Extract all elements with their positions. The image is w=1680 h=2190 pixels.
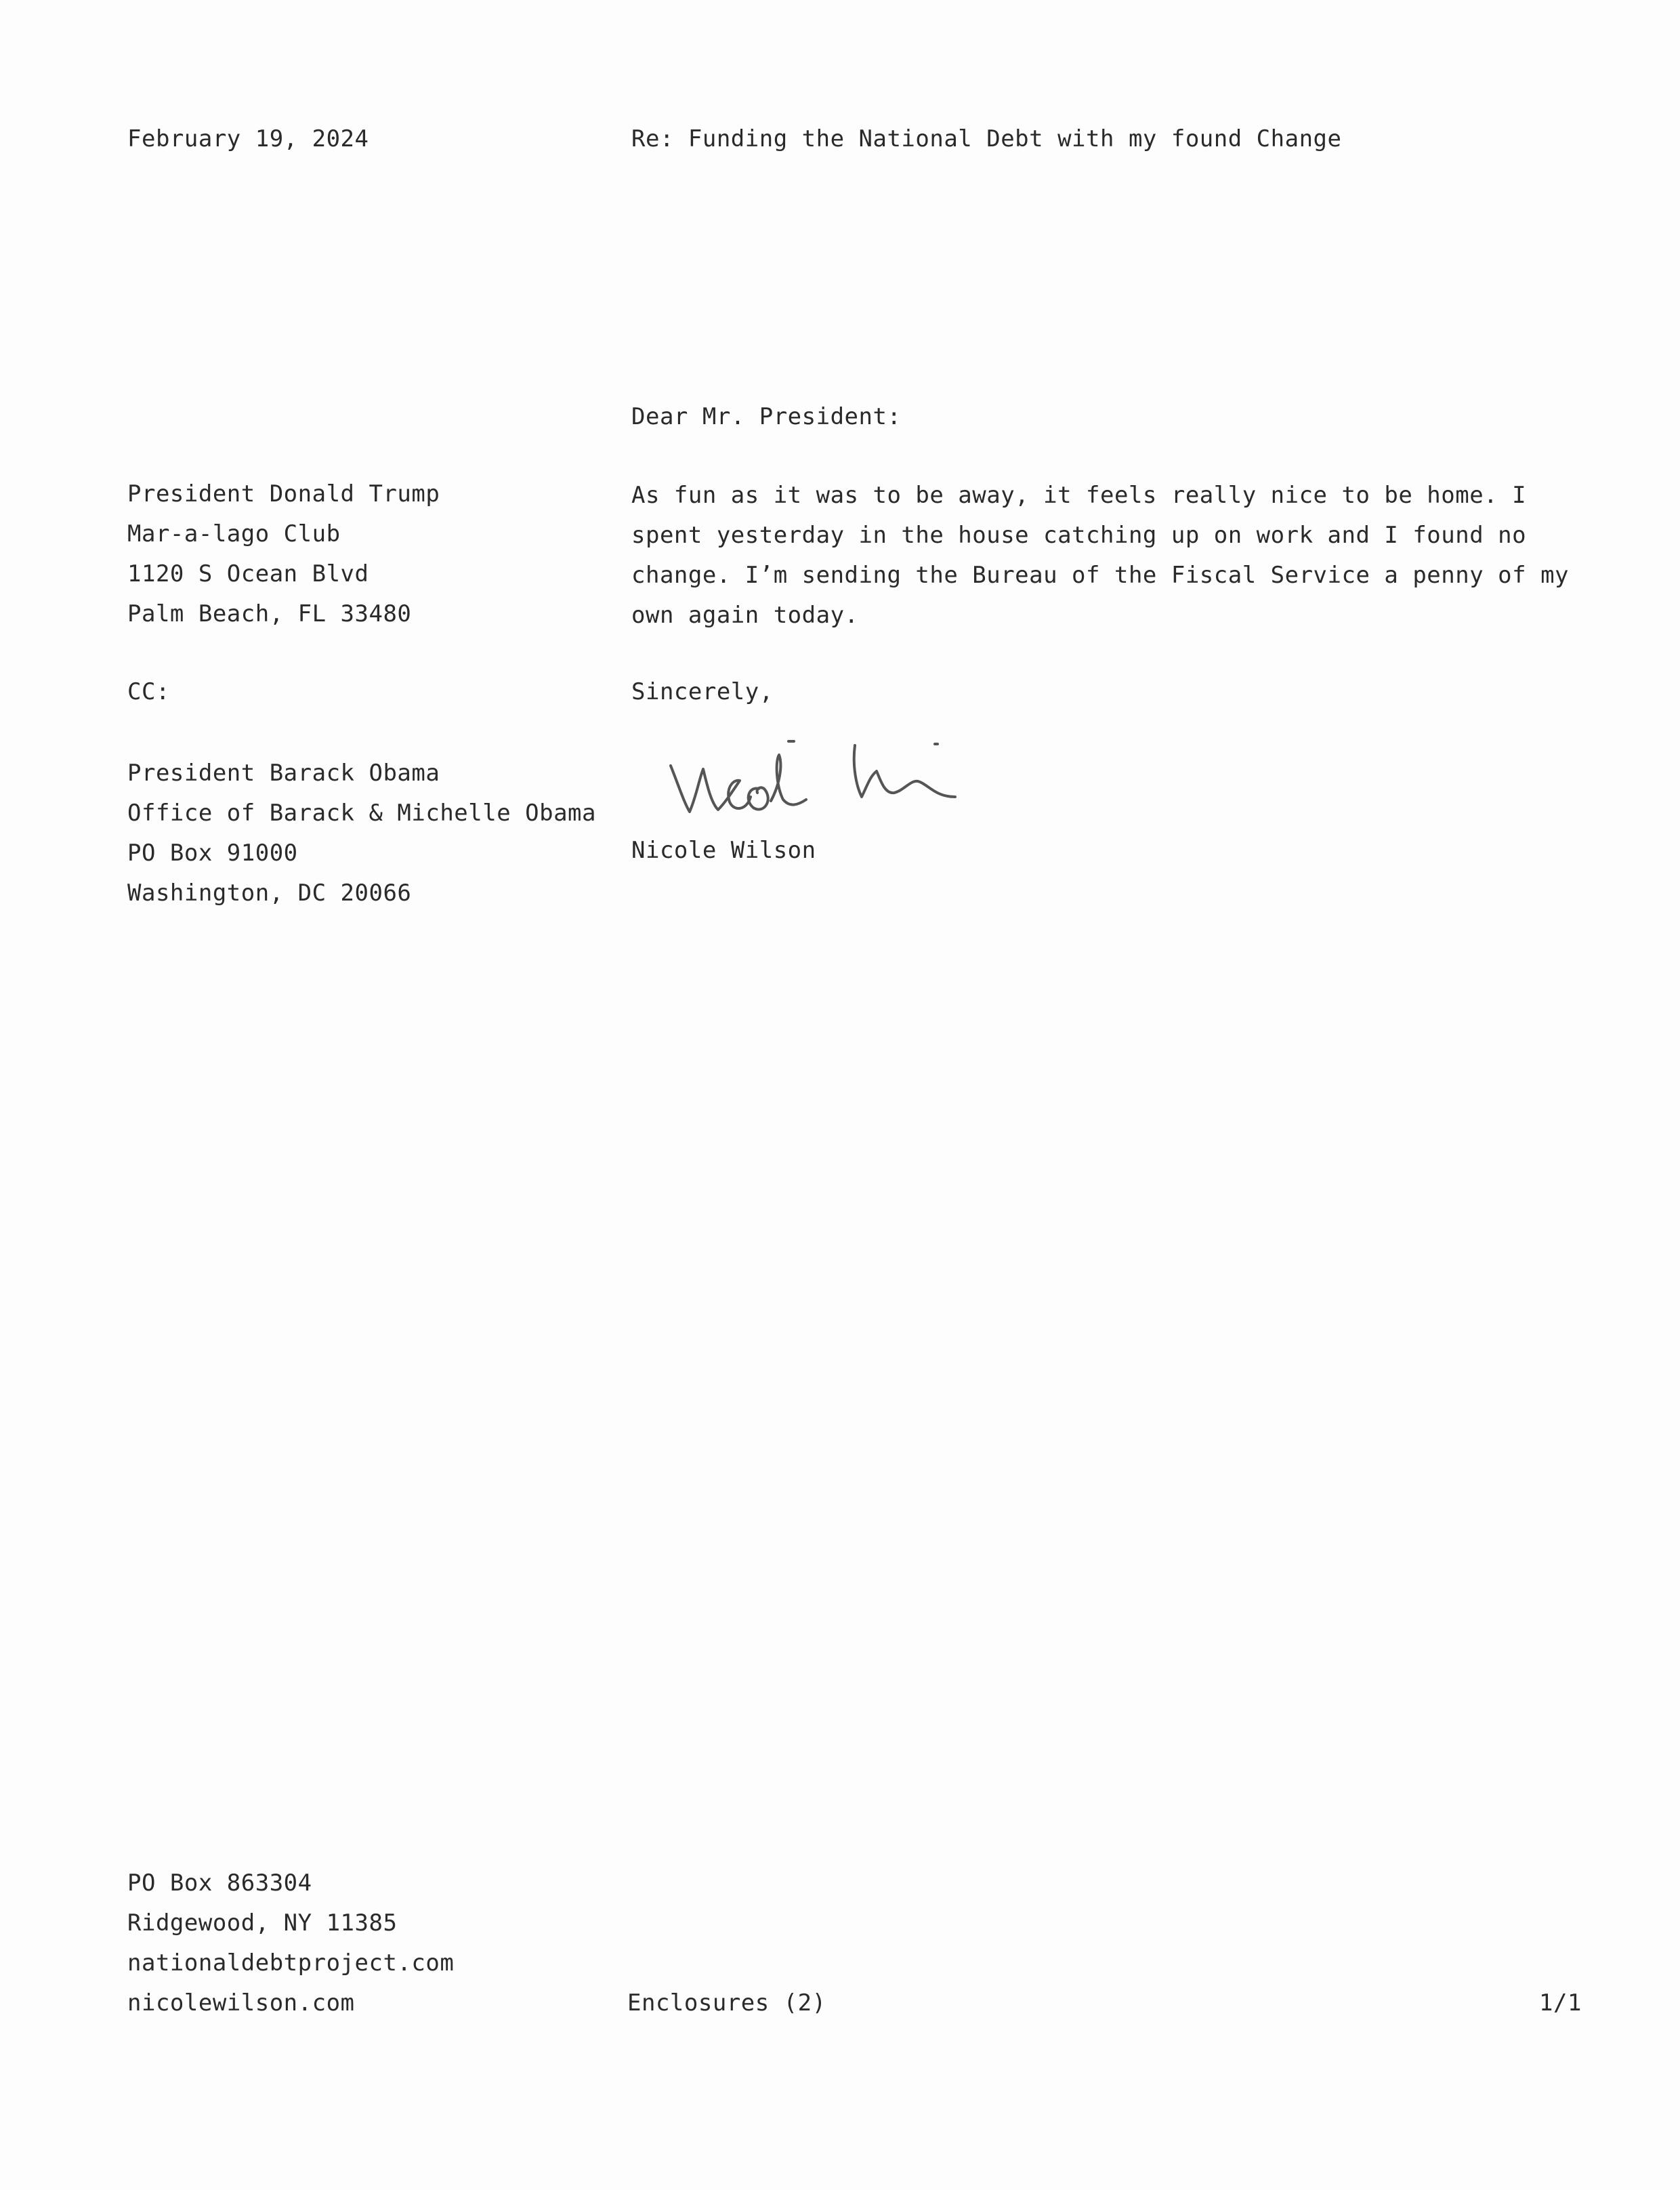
- sender-website-project: nationaldebtproject.com: [127, 1943, 454, 1983]
- cc-label: CC:: [127, 672, 170, 712]
- body-line: own again today.: [631, 596, 1569, 636]
- salutation: Dear Mr. President:: [631, 397, 901, 437]
- body-line: spent yesterday in the house catching up…: [631, 516, 1569, 556]
- letter-subject: Re: Funding the National Debt with my fo…: [631, 119, 1342, 159]
- letter-date: February 19, 2024: [127, 119, 369, 159]
- cc-line: President Barack Obama: [127, 753, 596, 793]
- sender-po-box: PO Box 863304: [127, 1863, 454, 1903]
- sender-website-personal: nicolewilson.com: [127, 1983, 454, 2023]
- recipient-address: President Donald Trump Mar-a-lago Club 1…: [127, 474, 440, 634]
- closing: Sincerely,: [631, 672, 774, 712]
- recipient-line: 1120 S Ocean Blvd: [127, 554, 440, 594]
- recipient-line: Palm Beach, FL 33480: [127, 594, 440, 634]
- recipient-line: President Donald Trump: [127, 474, 440, 514]
- signature-icon: [664, 732, 1030, 833]
- recipient-line: Mar-a-lago Club: [127, 514, 440, 554]
- sender-info: PO Box 863304 Ridgewood, NY 11385 nation…: [127, 1863, 454, 2023]
- page-number: 1/1: [1539, 1983, 1582, 2023]
- cc-recipient-address: President Barack Obama Office of Barack …: [127, 753, 596, 913]
- cc-line: Office of Barack & Michelle Obama: [127, 793, 596, 833]
- body-line: change. I’m sending the Bureau of the Fi…: [631, 556, 1569, 596]
- cc-line: PO Box 91000: [127, 833, 596, 873]
- body-line: As fun as it was to be away, it feels re…: [631, 476, 1569, 516]
- letter-body: As fun as it was to be away, it feels re…: [631, 476, 1569, 636]
- cc-line: Washington, DC 20066: [127, 873, 596, 913]
- sender-city: Ridgewood, NY 11385: [127, 1903, 454, 1943]
- enclosures-note: Enclosures (2): [627, 1983, 826, 2023]
- signer-name: Nicole Wilson: [631, 831, 816, 871]
